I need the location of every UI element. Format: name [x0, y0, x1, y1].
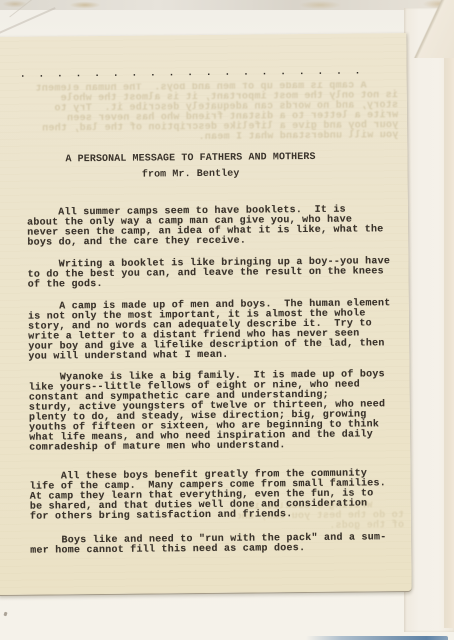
- paragraph: Boys like and need to "run with the pack…: [30, 533, 402, 557]
- booklet-page: A camp is made up of men and boys. The h…: [0, 33, 412, 595]
- paragraph: All summer camps seem to have booklets. …: [27, 205, 399, 249]
- facing-page-outer-edge: [444, 42, 454, 628]
- bleedthrough-text-top: A camp is made up of men and boys. The h…: [26, 81, 399, 147]
- page-subtitle: from Mr. Bentley: [21, 165, 361, 184]
- scan-root: A camp is made up of men and boys. The h…: [0, 0, 454, 640]
- document-body: All summer camps seem to have booklets. …: [27, 205, 402, 557]
- paragraph: Wyanoke is like a big family. It is made…: [29, 370, 402, 454]
- page-corner-fold: [406, 0, 454, 58]
- paragraph: Writing a booklet is like bringing up a …: [27, 257, 399, 291]
- paragraph: A camp is made up of men and boys. The h…: [28, 299, 401, 363]
- dotted-separator: . . . . . . . . . . . . . . . . . . .: [20, 67, 361, 80]
- page-title: A PERSONAL MESSAGE TO FATHERS AND MOTHER…: [20, 149, 360, 168]
- book-cover-edge: [306, 636, 448, 640]
- scan-speck: [3, 612, 7, 617]
- scan-artifact-streak: [0, 7, 56, 35]
- paragraph: All these boys benefit greatly from the …: [30, 469, 402, 523]
- scan-top-edge: [0, 0, 454, 10]
- title-block: A PERSONAL MESSAGE TO FATHERS AND MOTHER…: [20, 149, 360, 184]
